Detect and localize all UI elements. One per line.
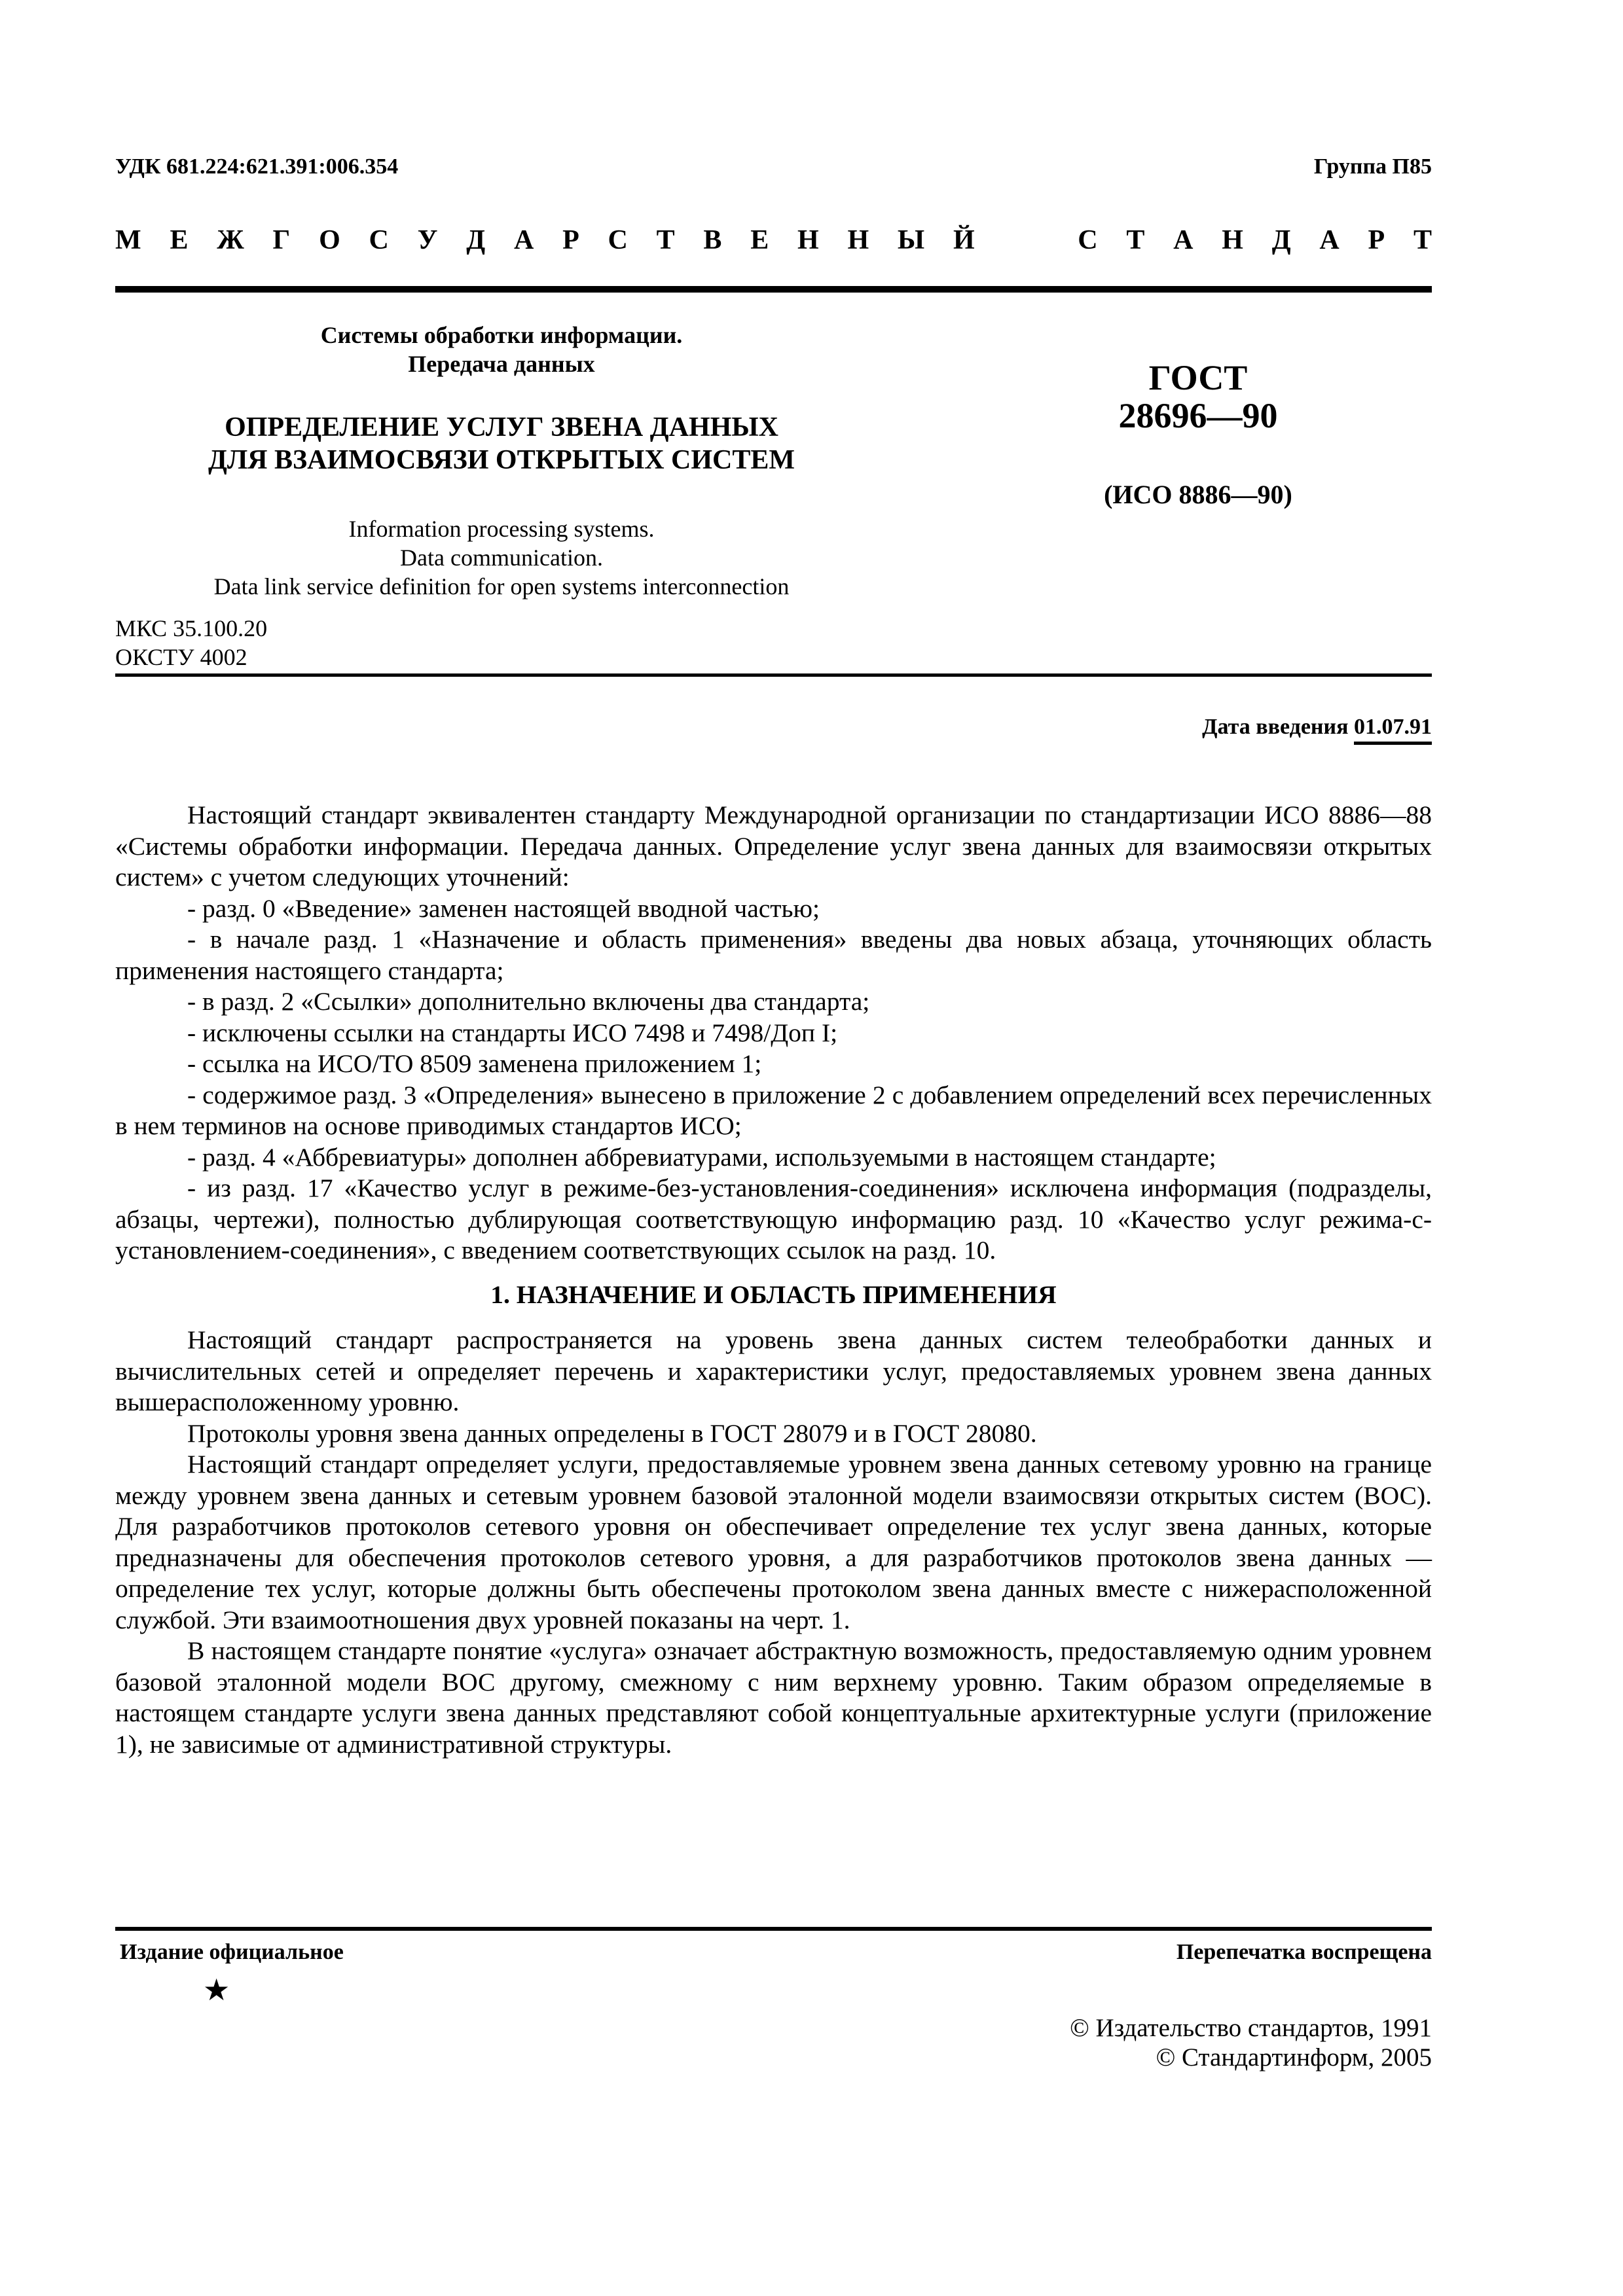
banner-letter: С [1078,224,1097,256]
date-value: 01.07.91 [1354,715,1432,745]
banner-letter: Н [847,224,869,256]
group-code: Группа П85 [1314,154,1432,179]
preamble-paragraph: - содержимое разд. 3 «Определения» вынес… [115,1080,1432,1142]
banner-letter: С [608,224,628,256]
preamble-paragraph: Настоящий стандарт эквивалентен стандарт… [115,800,1432,893]
banner-letter: Р [1368,224,1385,256]
banner-letter: А [1319,224,1339,256]
document-body: Настоящий стандарт эквивалентен стандарт… [115,800,1432,1760]
banner-letter: Ж [217,224,244,256]
preamble: Настоящий стандарт эквивалентен стандарт… [115,800,1432,1266]
preamble-paragraph: - исключены ссылки на стандарты ИСО 7498… [115,1018,1432,1049]
preamble-paragraph: - разд. 0 «Введение» заменен настоящей в… [115,893,1432,925]
preamble-paragraph: - из разд. 17 «Качество услуг в режиме-б… [115,1173,1432,1266]
preamble-paragraph: - ссылка на ИСО/ТО 8509 заменена приложе… [115,1049,1432,1080]
banner-letter: О [319,224,340,256]
series-line-2: Передача данных [115,350,888,378]
banner-letter: С [369,224,389,256]
banner-letter: М [115,224,141,256]
banner-letter: А [1173,224,1193,256]
gost-designation: ГОСТ 28696—90 (ИСО 8886—90) [969,359,1427,510]
english-line-3: Data link service definition for open sy… [115,572,888,601]
section-paragraph: Настоящий стандарт распространяется на у… [115,1325,1432,1418]
banner-letter: Г [273,224,291,256]
section-1-body: Настоящий стандарт распространяется на у… [115,1325,1432,1760]
banner-letter: Р [562,224,579,256]
title-line-2: ДЛЯ ВЗАИМОСВЯЗИ ОТКРЫТЫХ СИСТЕМ [115,444,888,476]
banner-letter: Е [750,224,769,256]
star-icon: ★ [203,1975,230,2005]
banner-letter: Н [1222,224,1243,256]
section-paragraph: В настоящем стандарте понятие «услуга» о… [115,1636,1432,1760]
banner-letter: Н [797,224,819,256]
copyright-block: © Издательство стандартов, 1991 © Станда… [1070,2013,1432,2072]
effective-date: Дата введения 01.07.91 [1202,715,1432,740]
banner-letter: Т [1126,224,1144,256]
document-title: ОПРЕДЕЛЕНИЕ УСЛУГ ЗВЕНА ДАННЫХ ДЛЯ ВЗАИМ… [115,411,888,476]
banner-letter: У [418,224,438,256]
udk-code: УДК 681.224:621.391:006.354 [115,154,398,179]
gost-number: 28696—90 [969,397,1427,435]
iso-reference: (ИСО 8886—90) [969,479,1427,510]
banner-letter: Т [657,224,675,256]
banner-letter: Е [170,224,188,256]
preamble-paragraph: - разд. 4 «Аббревиатуры» дополнен аббрев… [115,1142,1432,1174]
title-rule [115,673,1432,677]
series-title: Системы обработки информации. Передача д… [115,321,888,378]
banner-letter: Ы [898,224,924,256]
official-edition-label: Издание официальное [120,1940,344,1965]
section-heading: 1. НАЗНАЧЕНИЕ И ОБЛАСТЬ ПРИМЕНЕНИЯ [115,1280,1432,1311]
banner-letter: Д [466,224,485,256]
top-rule [115,286,1432,293]
banner-letter: В [703,224,721,256]
series-line-1: Системы обработки информации. [115,321,888,350]
gost-code: ГОСТ 28696—90 [969,359,1427,435]
english-line-2: Data communication. [115,543,888,572]
preamble-paragraph: - в начале разд. 1 «Назначение и область… [115,924,1432,986]
mks-code: МКС 35.100.20 [115,614,267,643]
title-line-1: ОПРЕДЕЛЕНИЕ УСЛУГ ЗВЕНА ДАННЫХ [115,411,888,444]
preamble-paragraph: - в разд. 2 «Ссылки» дополнительно включ… [115,986,1432,1018]
banner-letter: А [514,224,534,256]
banner-gap [1003,224,1049,256]
standard-banner: МЕЖГОСУДАРСТВЕННЫЙСТАНДАРТ [115,224,1432,256]
english-title: Information processing systems. Data com… [115,514,888,601]
gost-label: ГОСТ [969,359,1427,397]
banner-letter: Т [1413,224,1432,256]
copyright-1991: © Издательство стандартов, 1991 [1070,2013,1432,2043]
okstu-code: ОКСТУ 4002 [115,643,267,672]
section-paragraph: Протоколы уровня звена данных определены… [115,1418,1432,1450]
banner-letter: Й [953,224,975,256]
date-label: Дата введения [1202,715,1348,739]
section-paragraph: Настоящий стандарт определяет услуги, пр… [115,1449,1432,1636]
english-line-1: Information processing systems. [115,514,888,543]
title-block: Системы обработки информации. Передача д… [115,321,888,601]
banner-letter: Д [1272,224,1291,256]
classification-codes: МКС 35.100.20 ОКСТУ 4002 [115,614,267,672]
reprint-notice: Перепечатка воспрещена [1176,1940,1432,1965]
copyright-2005: © Стандартинформ, 2005 [1070,2043,1432,2072]
footer-rule [115,1927,1432,1931]
